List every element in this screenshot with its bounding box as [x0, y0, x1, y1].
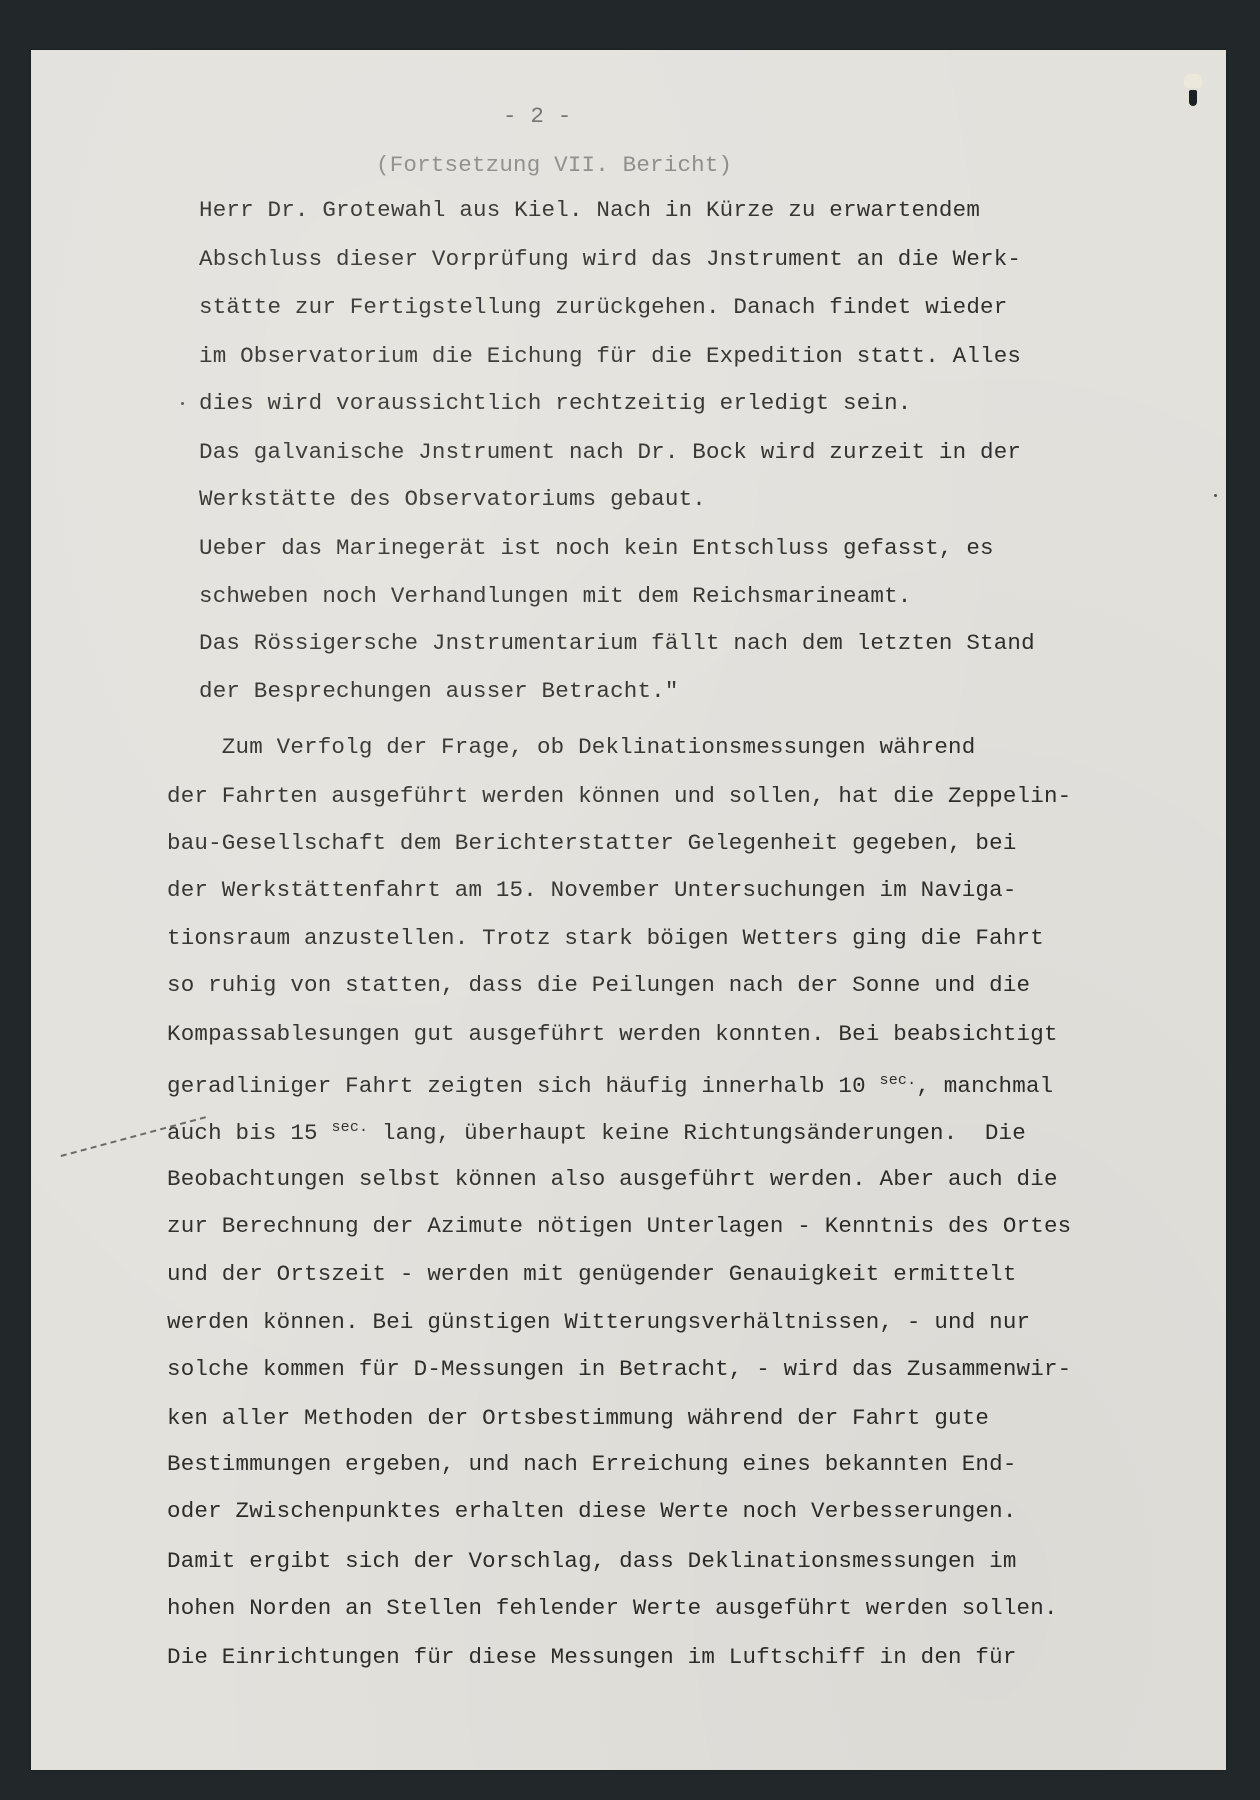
report-subtitle: (Fortsetzung VII. Bericht): [376, 154, 732, 177]
superscript-unit: sec.: [331, 1119, 368, 1136]
superscript-unit: sec.: [880, 1072, 917, 1089]
body-line: Zum Verfolg der Frage, ob Deklinationsme…: [167, 736, 975, 759]
body-line: auch bis 15 sec. lang, überhaupt keine R…: [167, 1120, 1026, 1145]
block-line: Herr Dr. Grotewahl aus Kiel. Nach in Kür…: [199, 199, 980, 222]
body-line: Die Einrichtungen für diese Messungen im…: [167, 1646, 1017, 1669]
body-line: zur Berechnung der Azimute nötigen Unter…: [167, 1215, 1071, 1238]
body-line: tionsraum anzustellen. Trotz stark böige…: [167, 927, 1044, 950]
body-line: Bestimmungen ergeben, und nach Erreichun…: [167, 1453, 1017, 1476]
body-text-segment: lang, überhaupt keine Richtungsänderunge…: [368, 1120, 1026, 1146]
block-line: Das galvanische Jnstrument nach Dr. Bock…: [199, 441, 1021, 464]
block-line: der Besprechungen ausser Betracht.": [199, 680, 679, 703]
body-line: bau-Gesellschaft dem Berichterstatter Ge…: [167, 832, 1017, 855]
body-line: der Fahrten ausgeführt werden können und…: [167, 785, 1071, 808]
block-line: Das Rössigersche Jnstrumentarium fällt n…: [199, 632, 1035, 655]
body-line: so ruhig von statten, dass die Peilungen…: [167, 974, 1030, 997]
paper-speck: [1214, 494, 1217, 497]
body-line: geradliniger Fahrt zeigten sich häufig i…: [167, 1073, 1053, 1098]
block-line: Ueber das Marinegerät ist noch kein Ents…: [199, 537, 994, 560]
body-text-segment: auch bis 15: [167, 1120, 318, 1146]
body-text-segment: , manchmal: [916, 1073, 1053, 1099]
body-line: Kompassablesungen gut ausgeführt werden …: [167, 1023, 1058, 1046]
body-line: Damit ergibt sich der Vorschlag, dass De…: [167, 1550, 1017, 1573]
body-text-segment: geradliniger Fahrt zeigten sich häufig i…: [167, 1073, 866, 1099]
body-line: oder Zwischenpunktes erhalten diese Wert…: [167, 1500, 1017, 1523]
block-line: Werkstätte des Observatoriums gebaut.: [199, 488, 706, 511]
document-page: - 2 - (Fortsetzung VII. Bericht) Herr Dr…: [31, 50, 1226, 1770]
page-number: - 2 -: [503, 105, 572, 128]
body-line: hohen Norden an Stellen fehlender Werte …: [167, 1597, 1058, 1620]
body-line: solche kommen für D-Messungen in Betrach…: [167, 1358, 1071, 1381]
block-line: Abschluss dieser Vorprüfung wird das Jns…: [199, 248, 1021, 271]
body-line: und der Ortszeit - werden mit genügender…: [167, 1263, 1017, 1286]
paper-speck: [181, 402, 184, 405]
body-line: ken aller Methoden der Ortsbestimmung wä…: [167, 1407, 989, 1430]
pin-hole-icon: [1184, 72, 1202, 110]
body-line: der Werkstättenfahrt am 15. November Unt…: [167, 879, 1017, 902]
body-line: werden können. Bei günstigen Witterungsv…: [167, 1311, 1030, 1334]
body-line: Beobachtungen selbst können also ausgefü…: [167, 1168, 1058, 1191]
block-line: schweben noch Verhandlungen mit dem Reic…: [199, 585, 912, 608]
block-line: dies wird voraussichtlich rechtzeitig er…: [199, 392, 912, 415]
block-line: stätte zur Fertigstellung zurückgehen. D…: [199, 296, 1007, 319]
block-line: im Observatorium die Eichung für die Exp…: [199, 345, 1021, 368]
